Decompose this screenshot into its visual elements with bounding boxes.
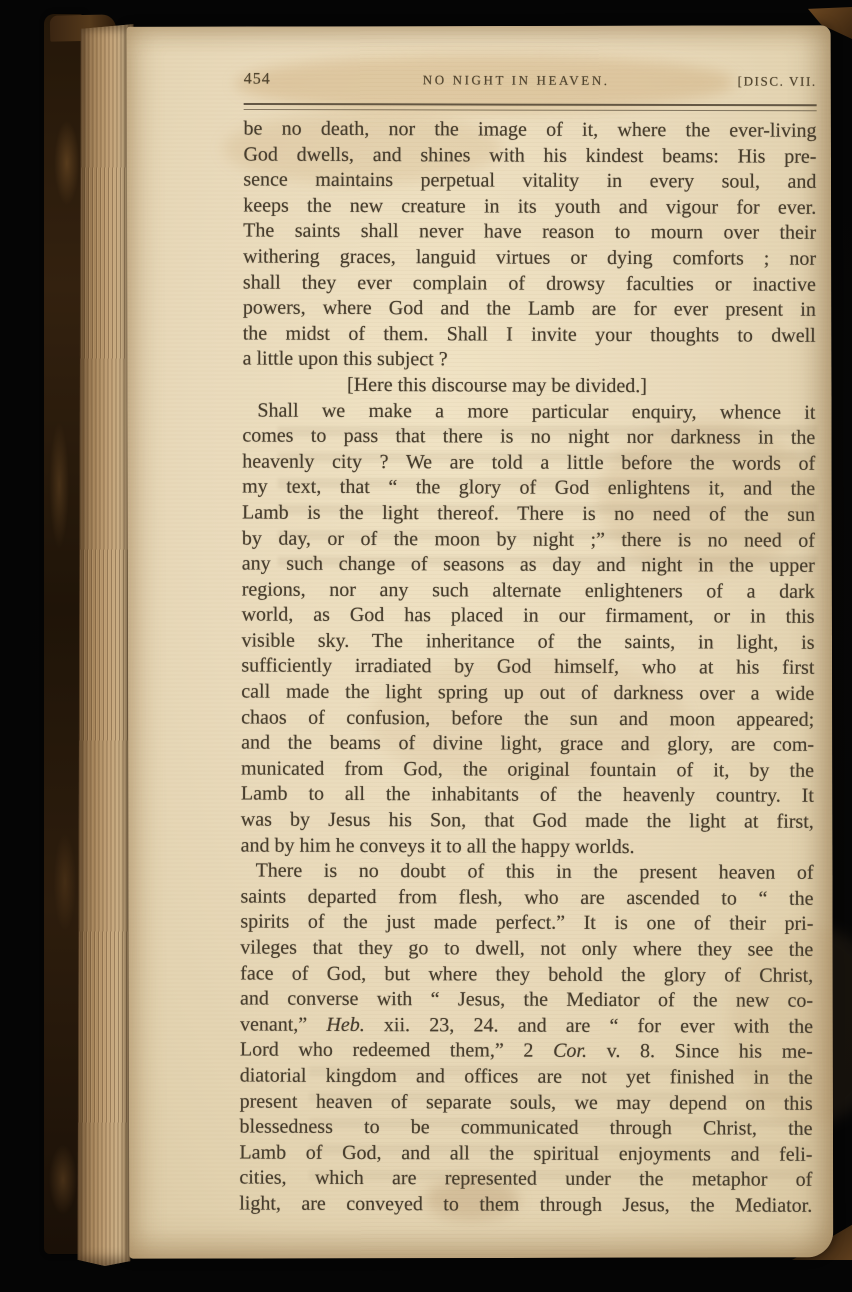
text-line: the midst of them. Shall I invite your t… [243,321,816,349]
text-line: comes to pass that there is no night nor… [242,424,815,452]
text-line: and converse with “ Jesus, the Mediator … [240,987,813,1015]
text-line: Lord who redeemed them,” 2 Cor. v. 8. Si… [240,1038,813,1066]
text-line: Lamb to all the inhabitants of the heave… [241,782,814,810]
section-label: [DISC. VII. [738,73,817,89]
header-rule [244,103,817,111]
text-line: and the beams of divine light, grace and… [241,731,814,759]
text-line: my text, that “ the glory of God enlight… [242,475,815,503]
text-line: There is no doubt of this in the present… [241,859,814,887]
text-line: call made the light spring up out of dar… [241,680,814,708]
text-line: cities, which are represented under the … [239,1166,812,1194]
page-text: be no death, nor the image of it, where … [239,116,816,1219]
text-line: be no death, nor the image of it, where … [244,116,817,144]
book-page: 454 NO NIGHT IN HEAVEN. [DISC. VII. be n… [127,25,834,1258]
text-line: [Here this discourse may be divided.] [210,372,783,400]
text-line: Lamb of God, and all the spiritual enjoy… [239,1140,812,1168]
text-line: diatorial kingdom and offices are not ye… [240,1063,813,1091]
text-line: present heaven of separate souls, we may… [240,1089,813,1117]
text-line: any such change of seasons as day and ni… [242,552,815,580]
text-line: venant,” Heb. xii. 23, 24. and are “ for… [240,1012,813,1040]
text-line: keeps the new creature in its youth and … [243,193,816,221]
text-line: was by Jesus his Son, that God made the … [241,808,814,836]
text-line: regions, nor any such alternate enlighte… [242,577,815,605]
text-line: by day, or of the moon by night ;” there… [242,526,815,554]
text-line: vileges that they go to dwell, not only … [240,935,813,963]
text-line: heavenly city ? We are told a little bef… [242,449,815,477]
text-line: Lamb is the light thereof. There is no n… [242,500,815,528]
text-line: God dwells, and shines with his kindest … [243,142,816,170]
text-line: shall they ever complain of drowsy facul… [243,270,816,298]
text-line: face of God, but where they behold the g… [240,961,813,989]
text-line: chaos of confusion, before the sun and m… [241,705,814,733]
text-line: sence maintains perpetual vitality in ev… [243,168,816,196]
scanned-book-photo: 454 NO NIGHT IN HEAVEN. [DISC. VII. be n… [0,0,852,1292]
text-line: spirits of the just made perfect.” It is… [240,910,813,938]
running-header: 454 NO NIGHT IN HEAVEN. [DISC. VII. [244,70,817,98]
text-line: sufficiently irradiated by God himself, … [241,654,814,682]
text-line: municated from God, the original fountai… [241,756,814,784]
text-line: blessedness to be communicated through C… [240,1115,813,1143]
text-line: Shall we make a more particular enquiry,… [242,398,815,426]
text-line: withering graces, languid virtues or dyi… [243,244,816,272]
page-fore-edge-stack [77,24,133,1266]
text-line: visible sky. The inheritance of the sain… [241,628,814,656]
text-line: world, as God has placed in our firmamen… [242,603,815,631]
page-number: 454 [244,70,271,88]
book-cover-edge [44,14,82,1254]
running-title: NO NIGHT IN HEAVEN. [423,72,610,89]
text-line: saints departed from flesh, who are asce… [240,884,813,912]
text-line: The saints shall never have reason to mo… [243,219,816,247]
printed-area: 454 NO NIGHT IN HEAVEN. [DISC. VII. be n… [239,70,817,1219]
text-line: light, are conveyed to them through Jesu… [239,1191,812,1219]
text-line: powers, where God and the Lamb are for e… [243,296,816,324]
text-line: and by him he conveys it to all the happ… [241,833,814,861]
text-line: a little upon this subject ? [243,347,816,375]
